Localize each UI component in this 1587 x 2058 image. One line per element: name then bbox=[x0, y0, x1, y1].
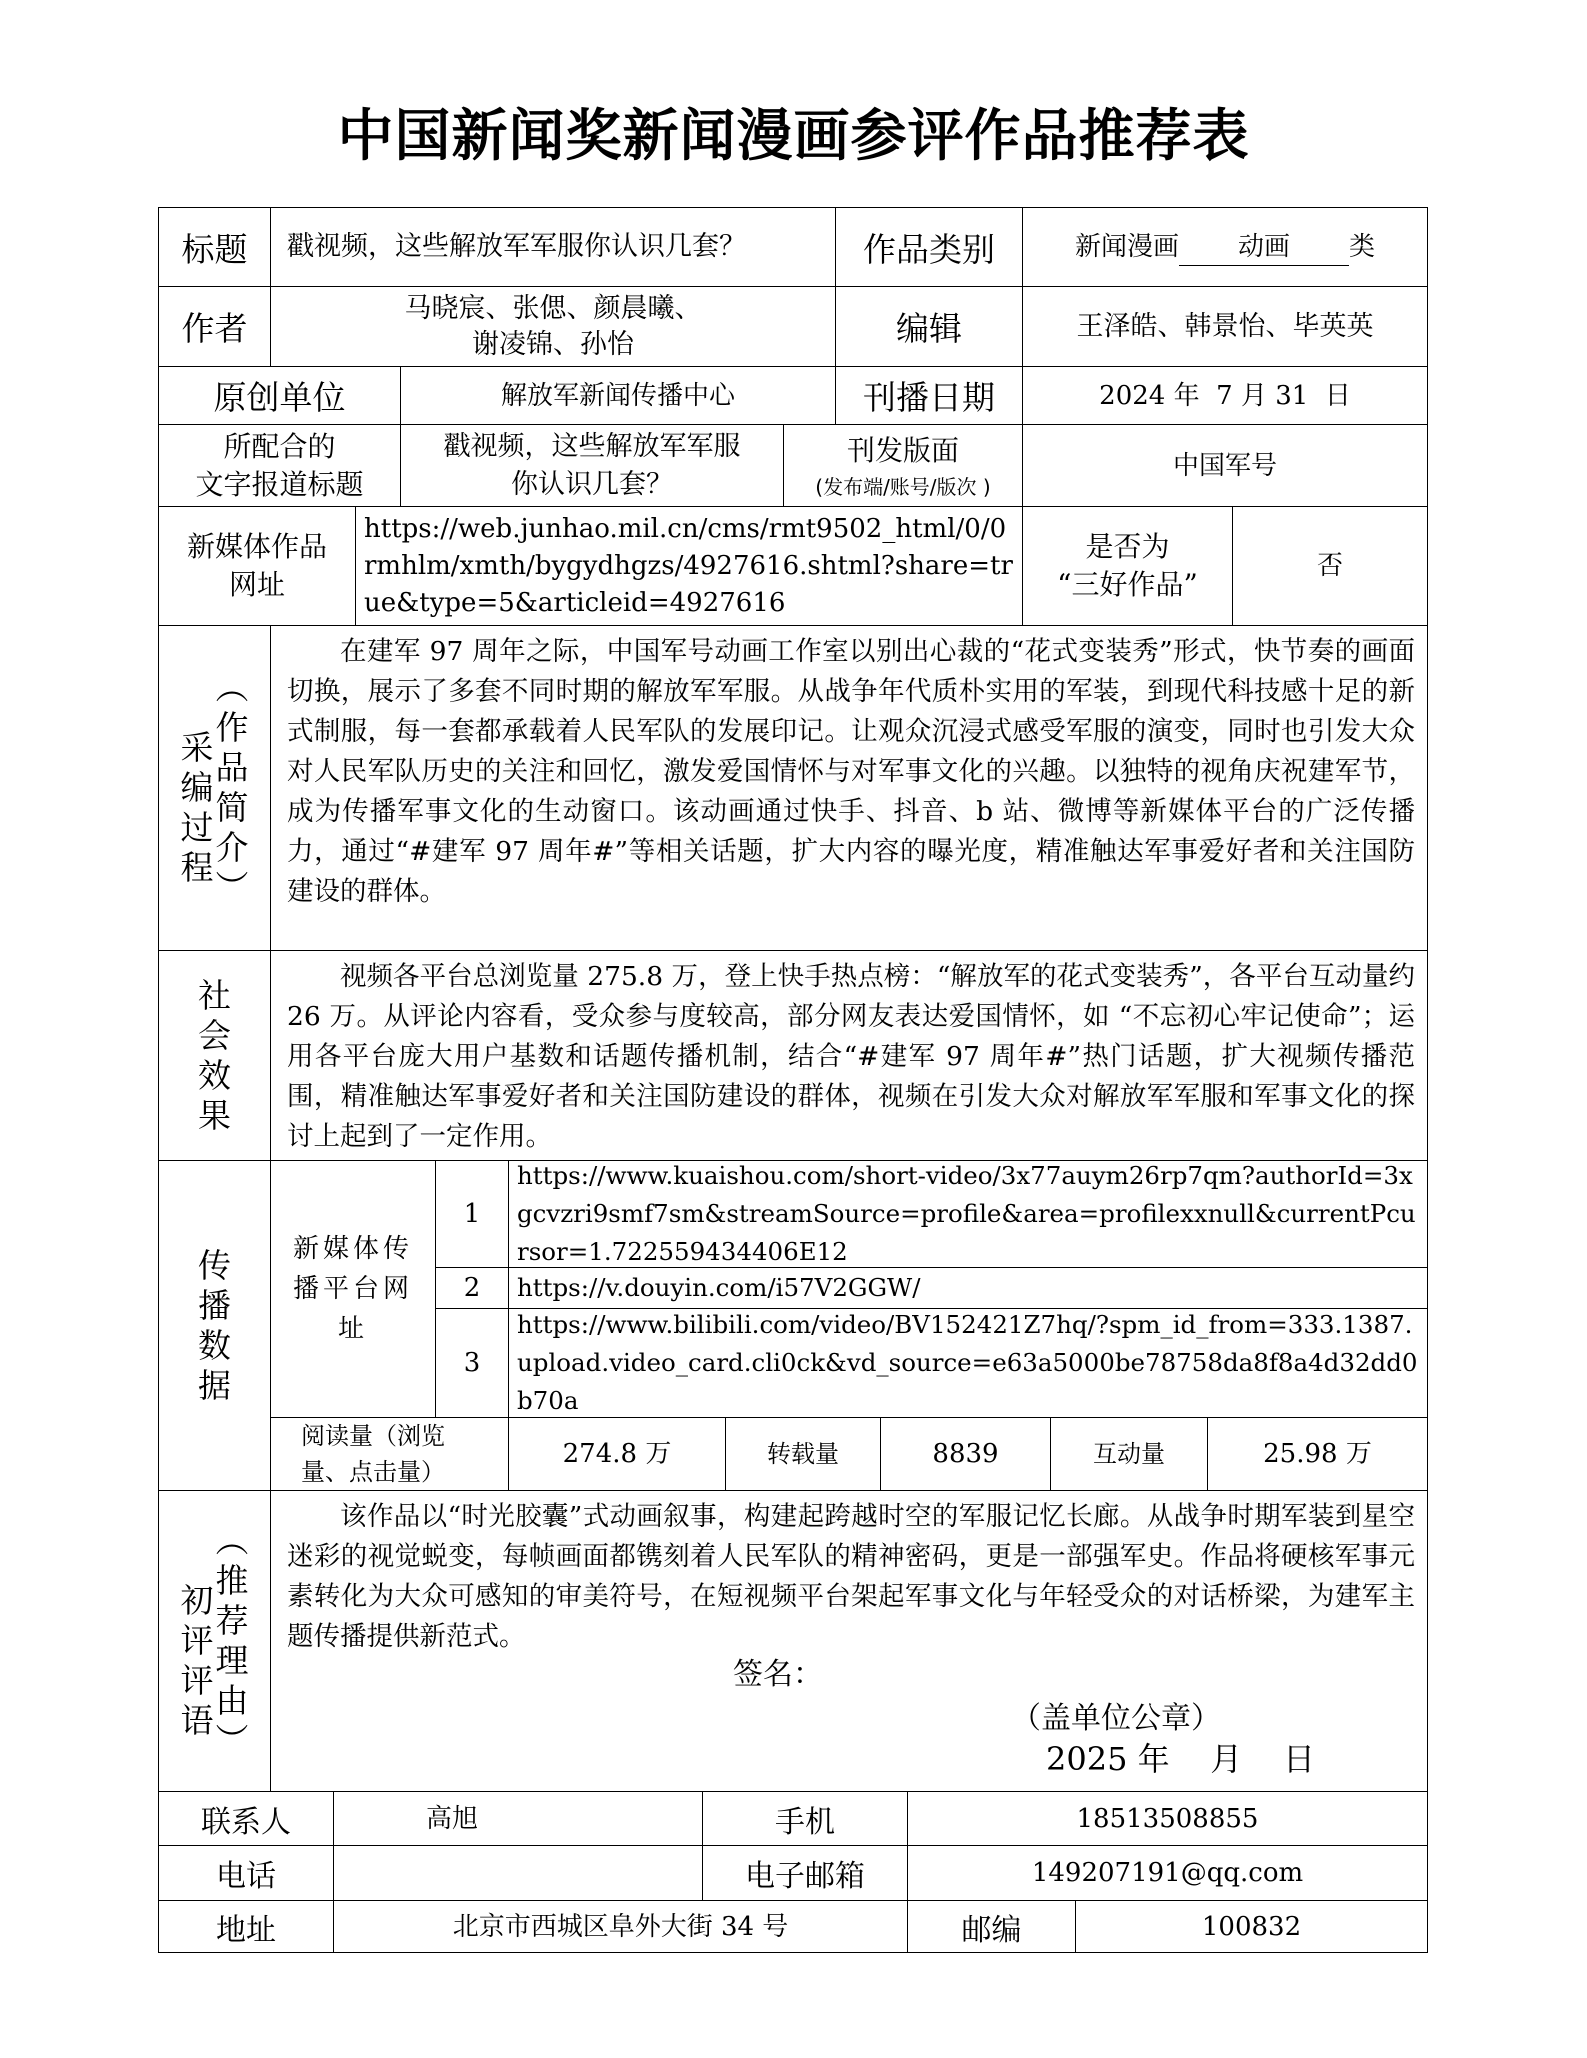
platform-url-1[interactable]: https://www.kuaishou.com/short-video/3x7… bbox=[508, 1160, 1428, 1268]
date-label: 刊播日期 bbox=[835, 366, 1023, 425]
postcode-value-text: 100832 bbox=[1202, 1909, 1301, 1945]
recommendation-label-char: 荐 bbox=[216, 1601, 249, 1641]
social-effect-text: 视频各平台总浏览量 275.8 万，登上快手热点榜：“解放军的花式变装秀”，各平… bbox=[287, 957, 1415, 1157]
dissemination-label-char: 播 bbox=[198, 1286, 231, 1326]
newmedia-url-link[interactable]: https://web.junhao.mil.cn/cms/rmt9502_ht… bbox=[355, 506, 1023, 626]
platform-index-text: 1 bbox=[464, 1196, 481, 1232]
address-label-text: 地址 bbox=[216, 1905, 276, 1949]
summary-label-char: 编 bbox=[181, 768, 214, 808]
social-effect-label-col: 社 会 效 果 bbox=[198, 976, 231, 1136]
reposts-label: 转载量 bbox=[725, 1417, 881, 1491]
three-good-label: 是否为 “三好作品” bbox=[1022, 506, 1233, 626]
newmedia-url-label-line-1: 新媒体作品 bbox=[187, 528, 327, 566]
platform-index-2: 2 bbox=[435, 1267, 509, 1309]
mobile-value-text: 18513508855 bbox=[1077, 1801, 1259, 1837]
address-label: 地址 bbox=[158, 1900, 334, 1953]
recommendation-label: 初 评 评 语 ︵ 推 荐 理 由 ︶ bbox=[158, 1490, 271, 1792]
dissemination-label-char: 传 bbox=[198, 1246, 231, 1286]
email-value-text: 149207191@qq.com bbox=[1032, 1855, 1303, 1891]
interactions-label: 互动量 bbox=[1050, 1417, 1208, 1491]
editor-label: 编辑 bbox=[835, 286, 1023, 367]
interactions-label-text: 互动量 bbox=[1093, 1436, 1165, 1472]
reads-value: 274.8 万 bbox=[508, 1417, 726, 1491]
social-effect-label-char: 会 bbox=[198, 1016, 231, 1056]
social-effect-label-char: 效 bbox=[198, 1056, 231, 1096]
phone-label-text: 电话 bbox=[216, 1851, 276, 1895]
recommendation-date: 2025 年 月 日 bbox=[1046, 1739, 1315, 1779]
three-good-value: 否 bbox=[1232, 506, 1428, 626]
summary-label-char: 采 bbox=[181, 728, 214, 768]
editor-label-text: 编辑 bbox=[896, 303, 962, 350]
layout-label-text: 刊发版面 bbox=[847, 431, 959, 471]
summary-label-char: 程 bbox=[181, 848, 214, 888]
summary-label-char: 作 bbox=[216, 708, 249, 748]
phone-value bbox=[333, 1845, 703, 1901]
newmedia-url-label-line-2: 网址 bbox=[229, 566, 285, 604]
postcode-label: 邮编 bbox=[907, 1900, 1076, 1953]
title-value: 戳视频，这些解放军军服你认识几套？ bbox=[270, 207, 836, 287]
title-label-text: 标题 bbox=[182, 224, 248, 271]
email-label-text: 电子邮箱 bbox=[745, 1851, 865, 1895]
social-effect-label: 社 会 效 果 bbox=[158, 950, 271, 1161]
category-suffix: 类 bbox=[1349, 229, 1375, 265]
social-effect-label-char: 社 bbox=[198, 976, 231, 1016]
recommendation-text-cell: 该作品以“时光胶囊”式动画叙事，构建起跨越时空的军服记忆长廊。从战争时期军装到星… bbox=[270, 1490, 1428, 1792]
seal-label: （盖单位公章） bbox=[1011, 1699, 1221, 1739]
postcode-label-text: 邮编 bbox=[962, 1905, 1022, 1949]
interactions-value-text: 25.98 万 bbox=[1263, 1436, 1372, 1472]
category-label: 作品类别 bbox=[835, 207, 1023, 287]
layout-value-text: 中国军号 bbox=[1173, 448, 1277, 484]
recommendation-label-char: 评 bbox=[181, 1621, 214, 1661]
summary-label: 采 编 过 程 ︵ 作 品 简 介 ︶ bbox=[158, 625, 271, 951]
dissemination-label: 传 播 数 据 bbox=[158, 1160, 271, 1491]
recommendation-label-char: ︵ bbox=[216, 1521, 249, 1561]
recommendation-label-char: ︶ bbox=[216, 1721, 249, 1761]
reposts-value-text: 8839 bbox=[932, 1436, 998, 1472]
social-effect-label-char: 果 bbox=[198, 1096, 231, 1136]
recommendation-label-char: 推 bbox=[216, 1561, 249, 1601]
title-value-text: 戳视频，这些解放军军服你认识几套？ bbox=[287, 229, 746, 265]
unit-value: 解放军新闻传播中心 bbox=[400, 366, 836, 425]
recommendation-label-col-right: ︵ 推 荐 理 由 ︶ bbox=[216, 1521, 249, 1761]
date-value-text: 2024 年 7 月 31 日 bbox=[1099, 378, 1351, 414]
category-prefix: 新闻漫画 bbox=[1075, 229, 1179, 265]
contact-person-label-text: 联系人 bbox=[201, 1797, 291, 1841]
editor-value: 王泽皓、韩景怡、毕英英 bbox=[1022, 286, 1428, 367]
platform-url-3[interactable]: https://www.bilibili.com/video/BV152421Z… bbox=[508, 1308, 1428, 1418]
summary-label-char: 过 bbox=[181, 808, 214, 848]
page-title: 中国新闻奖新闻漫画参评作品推荐表 bbox=[0, 92, 1587, 172]
date-value: 2024 年 7 月 31 日 bbox=[1022, 366, 1428, 425]
layout-label: 刊发版面 (发布端/账号/版次 ) bbox=[783, 424, 1023, 507]
report-title-line-1: 戳视频，这些解放军军服 bbox=[444, 428, 741, 466]
summary-label-col-left: 采 编 过 程 bbox=[181, 688, 214, 888]
mobile-label-text: 手机 bbox=[775, 1797, 835, 1841]
three-good-label-line-1: 是否为 bbox=[1085, 528, 1169, 566]
contact-person-value-text: 高旭 bbox=[426, 1801, 478, 1837]
reposts-value: 8839 bbox=[880, 1417, 1051, 1491]
platform-url-text[interactable]: https://www.kuaishou.com/short-video/3x7… bbox=[517, 1160, 1419, 1268]
author-label-text: 作者 bbox=[182, 303, 248, 350]
editor-value-text: 王泽皓、韩景怡、毕英英 bbox=[1077, 309, 1374, 345]
platform-url-text[interactable]: https://v.douyin.com/i57V2GGW/ bbox=[517, 1269, 921, 1307]
report-title-value: 戳视频，这些解放军军服 你认识几套？ bbox=[400, 424, 784, 507]
category-underlined-value: 动画 bbox=[1179, 229, 1349, 266]
report-title-label: 所配合的 文字报道标题 bbox=[158, 424, 401, 507]
summary-label-char: 简 bbox=[216, 788, 249, 828]
reads-value-text: 274.8 万 bbox=[563, 1436, 672, 1472]
address-value: 北京市西城区阜外大街 34 号 bbox=[333, 1900, 908, 1953]
author-line-2: 谢凌锦、孙怡 bbox=[472, 327, 634, 363]
category-label-text: 作品类别 bbox=[863, 224, 995, 271]
date-label-text: 刊播日期 bbox=[863, 372, 995, 419]
email-value: 149207191@qq.com bbox=[907, 1845, 1428, 1901]
summary-label-char: ︶ bbox=[216, 868, 249, 908]
social-effect-text-cell: 视频各平台总浏览量 275.8 万，登上快手热点榜：“解放军的花式变装秀”，各平… bbox=[270, 950, 1428, 1161]
dissemination-label-col: 传 播 数 据 bbox=[198, 1246, 231, 1406]
platform-index-3: 3 bbox=[435, 1308, 509, 1418]
summary-text: 在建军 97 周年之际，中国军号动画工作室以别出心裁的“花式变装秀”形式，快节奏… bbox=[287, 632, 1415, 912]
summary-label-char: 介 bbox=[216, 828, 249, 868]
category-value: 新闻漫画动画类 bbox=[1022, 207, 1428, 287]
report-title-label-line-2: 文字报道标题 bbox=[195, 466, 363, 504]
summary-text-cell: 在建军 97 周年之际，中国军号动画工作室以别出心裁的“花式变装秀”形式，快节奏… bbox=[270, 625, 1428, 951]
unit-label-text: 原创单位 bbox=[214, 372, 346, 419]
platform-label: 新媒体传播平台网址 bbox=[270, 1160, 436, 1418]
reposts-label-text: 转载量 bbox=[767, 1436, 839, 1472]
summary-label-char: ︵ bbox=[216, 668, 249, 708]
recommendation-label-col-left: 初 评 评 语 bbox=[181, 1541, 214, 1741]
postcode-value: 100832 bbox=[1075, 1900, 1428, 1953]
platform-index-text: 2 bbox=[464, 1270, 481, 1306]
platform-index-text: 3 bbox=[464, 1345, 481, 1381]
recommendation-text: 该作品以“时光胶囊”式动画叙事，构建起跨越时空的军服记忆长廊。从战争时期军装到星… bbox=[287, 1497, 1415, 1657]
phone-label: 电话 bbox=[158, 1845, 334, 1901]
summary-label-char: 品 bbox=[216, 748, 249, 788]
unit-label: 原创单位 bbox=[158, 366, 401, 425]
contact-person-label: 联系人 bbox=[158, 1791, 334, 1846]
unit-value-text: 解放军新闻传播中心 bbox=[501, 378, 735, 414]
mobile-value: 18513508855 bbox=[907, 1791, 1428, 1846]
layout-sublabel: (发布端/账号/版次 ) bbox=[815, 471, 990, 500]
contact-person-value: 高旭 bbox=[333, 1791, 703, 1846]
recommendation-label-char: 语 bbox=[181, 1701, 214, 1741]
platform-label-text: 新媒体传播平台网址 bbox=[289, 1229, 417, 1349]
author-line-1: 马晓宸、张偲、颜晨曦、 bbox=[405, 291, 702, 327]
layout-value: 中国军号 bbox=[1022, 424, 1428, 507]
recommendation-label-char: 理 bbox=[216, 1641, 249, 1681]
platform-index-1: 1 bbox=[435, 1160, 509, 1268]
reads-label-text: 阅读量（浏览量、点击量） bbox=[301, 1418, 478, 1490]
reads-label: 阅读量（浏览量、点击量） bbox=[270, 1417, 509, 1491]
report-title-label-line-1: 所配合的 bbox=[223, 428, 335, 466]
newmedia-url-label: 新媒体作品 网址 bbox=[158, 506, 356, 626]
report-title-line-2: 你认识几套？ bbox=[511, 466, 673, 504]
three-good-label-line-2: “三好作品” bbox=[1057, 566, 1198, 604]
author-label: 作者 bbox=[158, 286, 271, 367]
mobile-label: 手机 bbox=[702, 1791, 908, 1846]
title-label: 标题 bbox=[158, 207, 271, 287]
recommendation-label-char: 评 bbox=[181, 1661, 214, 1701]
dissemination-label-char: 数 bbox=[198, 1326, 231, 1366]
signature-label: 签名： bbox=[733, 1655, 823, 1695]
author-value: 马晓宸、张偲、颜晨曦、 谢凌锦、孙怡 bbox=[270, 286, 836, 367]
email-label: 电子邮箱 bbox=[702, 1845, 908, 1901]
summary-label-col-right: ︵ 作 品 简 介 ︶ bbox=[216, 668, 249, 908]
platform-url-2[interactable]: https://v.douyin.com/i57V2GGW/ bbox=[508, 1267, 1428, 1309]
address-value-text: 北京市西城区阜外大街 34 号 bbox=[453, 1909, 789, 1945]
interactions-value: 25.98 万 bbox=[1207, 1417, 1428, 1491]
newmedia-url-text[interactable]: https://web.junhao.mil.cn/cms/rmt9502_ht… bbox=[364, 511, 1016, 622]
recommendation-label-char: 初 bbox=[181, 1581, 214, 1621]
recommendation-label-char: 由 bbox=[216, 1681, 249, 1721]
platform-url-text[interactable]: https://www.bilibili.com/video/BV152421Z… bbox=[517, 1308, 1419, 1418]
dissemination-label-char: 据 bbox=[198, 1366, 231, 1406]
three-good-value-text: 否 bbox=[1317, 548, 1343, 584]
